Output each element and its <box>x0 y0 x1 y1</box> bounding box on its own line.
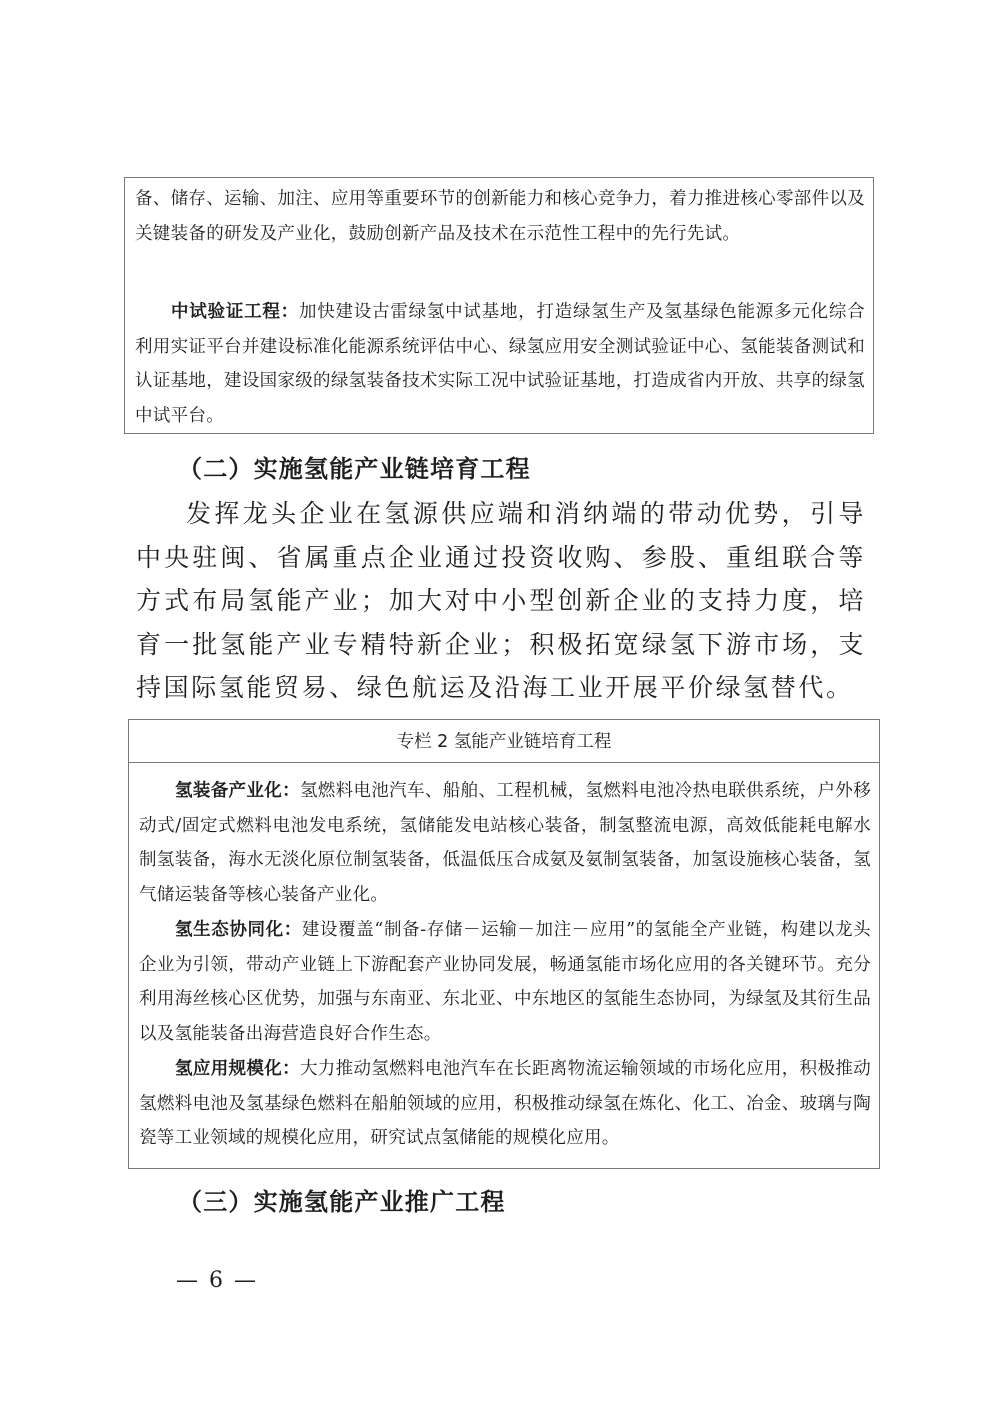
pilot-verification-item: 中试验证工程：加快建设古雷绿氢中试基地，打造绿氢生产及氢基绿色能源多元化综合利用… <box>135 295 865 433</box>
item-lead: 氢生态协同化： <box>175 920 302 940</box>
box-continuation-text: 备、储存、运输、加注、应用等重要环节的创新能力和核心竞争力，着力推进核心零部件以… <box>135 182 865 251</box>
column-item-application: 氢应用规模化：大力推动氢燃料电池汽车在长距离物流运输领域的市场化应用，积极推动氢… <box>139 1052 871 1156</box>
pilot-project-box: 备、储存、运输、加注、应用等重要环节的创新能力和核心竞争力，着力推进核心零部件以… <box>124 177 874 434</box>
column-title: 专栏 2 氢能产业链培育工程 <box>129 720 879 763</box>
item-lead: 氢装备产业化： <box>175 781 300 801</box>
item-lead: 中试验证工程： <box>171 302 299 322</box>
page-number: — 6 — <box>176 1268 258 1293</box>
item-lead: 氢应用规模化： <box>175 1059 300 1079</box>
section-heading-3: （三）实施氢能产业推广工程 <box>178 1182 506 1217</box>
column-item-ecosystem: 氢生态协同化：建设覆盖“制备-存储－运输－加注－应用”的氢能全产业链，构建以龙头… <box>139 913 871 1051</box>
section-heading-2: （二）实施氢能产业链培育工程 <box>178 449 531 484</box>
column-item-equipment: 氢装备产业化：氢燃料电池汽车、船舶、工程机械，氢燃料电池冷热电联供系统，户外移动… <box>139 774 871 912</box>
section-2-paragraph: 发挥龙头企业在氢源供应端和消纳端的带动优势，引导中央驻闽、省属重点企业通过投资收… <box>136 492 866 710</box>
column-2-box: 专栏 2 氢能产业链培育工程 氢装备产业化：氢燃料电池汽车、船舶、工程机械，氢燃… <box>128 719 880 1169</box>
